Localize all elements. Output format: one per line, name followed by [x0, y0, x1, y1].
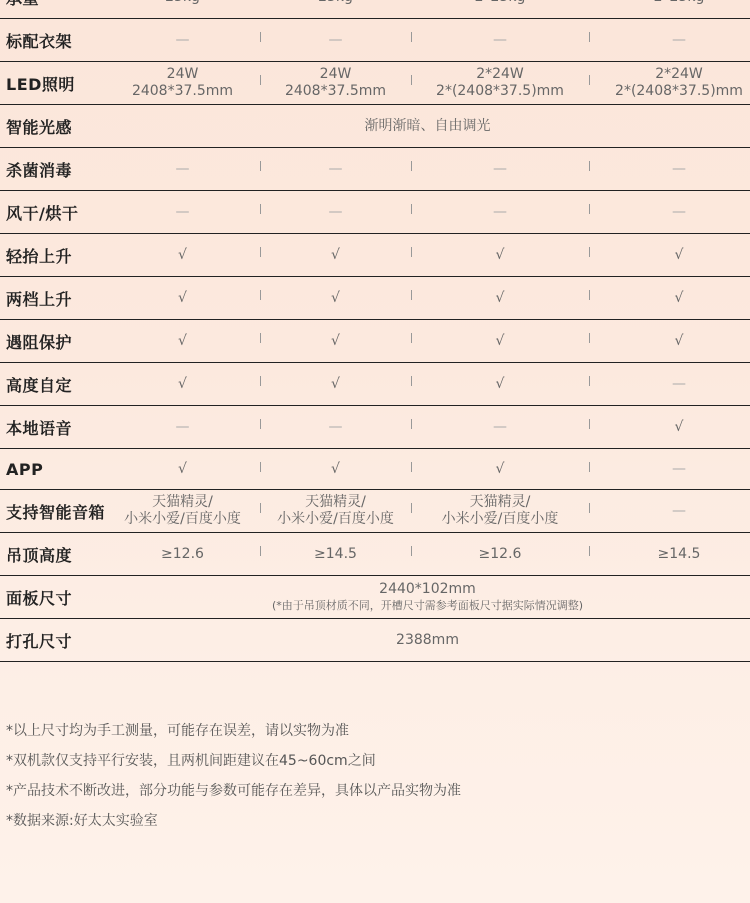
table-row: APP √ √ √ — — [0, 449, 750, 490]
row-label: APP — [6, 449, 43, 489]
table-row: 智能光感 渐明渐暗、自由调光 — [0, 105, 750, 148]
check-icon: √ — [411, 363, 589, 405]
cell-value: 2*24W 2*(2408*37.5)mm — [411, 62, 589, 104]
cell-value: 2*25kg — [589, 0, 750, 18]
row-label: 打孔尺寸 — [6, 619, 72, 661]
dash-icon: — — [589, 490, 750, 532]
footnotes: *以上尺寸均为手工测量，可能存在误差，请以实物为准 *双机款仅支持平行安装，且两… — [6, 718, 461, 838]
dash-icon: — — [589, 148, 750, 190]
cell-line: 2*(2408*37.5)mm — [436, 83, 564, 100]
check-icon: √ — [105, 277, 260, 319]
dash-icon: — — [105, 191, 260, 233]
dash-icon: — — [260, 148, 411, 190]
table-row: 两档上升 √ √ √ √ — [0, 277, 750, 320]
check-icon: √ — [105, 363, 260, 405]
table-row: 轻抬上升 √ √ √ √ — [0, 234, 750, 277]
cell-value: ≥14.5 — [589, 533, 750, 575]
cell-line: 2408*37.5mm — [285, 83, 386, 100]
cell-value: 天猫精灵/ 小米小爱/百度小度 — [260, 490, 411, 532]
footnote: *产品技术不断改进，部分功能与参数可能存在差异，具体以产品实物为准 — [6, 778, 461, 808]
cell-value: ≥12.6 — [105, 533, 260, 575]
row-label: 高度自定 — [6, 363, 72, 405]
dash-icon: — — [411, 191, 589, 233]
table-row: 遇阻保护 √ √ √ √ — [0, 320, 750, 363]
cell-value: 25kg — [260, 0, 411, 18]
cell-value: ≥12.6 — [411, 533, 589, 575]
panel-size-value: 2440*102mm — [379, 581, 476, 598]
dash-icon: — — [589, 19, 750, 61]
row-label: 标配衣架 — [6, 19, 72, 61]
cell-value: 2*24W 2*(2408*37.5)mm — [589, 62, 750, 104]
cell-value: ≥14.5 — [260, 533, 411, 575]
row-label: 遇阻保护 — [6, 320, 72, 362]
check-icon: √ — [105, 449, 260, 489]
row-label: 面板尺寸 — [6, 576, 72, 618]
cell-value: 24W 2408*37.5mm — [105, 62, 260, 104]
row-label: 智能光感 — [6, 105, 72, 147]
table-row: 打孔尺寸 2388mm — [0, 619, 750, 662]
cell-line: 小米小爱/百度小度 — [442, 511, 559, 528]
table-row: 杀菌消毒 — — — — — [0, 148, 750, 191]
cell-value: 天猫精灵/ 小米小爱/百度小度 — [411, 490, 589, 532]
dash-icon: — — [411, 19, 589, 61]
check-icon: √ — [411, 320, 589, 362]
table-row: 吊顶高度 ≥12.6 ≥14.5 ≥12.6 ≥14.5 — [0, 533, 750, 576]
row-label: 本地语音 — [6, 406, 72, 448]
check-icon: √ — [260, 363, 411, 405]
check-icon: √ — [260, 277, 411, 319]
cell-line: 2*24W — [655, 66, 703, 83]
table-row: 标配衣架 — — — — — [0, 19, 750, 62]
row-label: 两档上升 — [6, 277, 72, 319]
footnote: *数据来源:好太太实验室 — [6, 808, 461, 838]
dash-icon: — — [105, 406, 260, 448]
cell-line: 天猫精灵/ — [305, 494, 366, 511]
cell-line: 天猫精灵/ — [152, 494, 213, 511]
spanning-cell: 2440*102mm (*由于吊顶材质不同，开槽尺寸需参考面板尺寸据实际情况调整… — [105, 576, 750, 618]
check-icon: √ — [411, 234, 589, 276]
dash-icon: — — [589, 363, 750, 405]
check-icon: √ — [260, 449, 411, 489]
cell-line: 小米小爱/百度小度 — [124, 511, 241, 528]
spanning-cell: 2388mm — [105, 619, 750, 661]
cell-line: 天猫精灵/ — [470, 494, 531, 511]
check-icon: √ — [411, 277, 589, 319]
check-icon: √ — [260, 320, 411, 362]
cell-value: 2*25kg — [411, 0, 589, 18]
row-label: 杀菌消毒 — [6, 148, 72, 190]
cell-line: 2408*37.5mm — [132, 83, 233, 100]
table-row: 高度自定 √ √ √ — — [0, 363, 750, 406]
spec-comparison-table: 承重 25kg 25kg 2*25kg 2*25kg 标配衣架 — — — — … — [0, 0, 750, 662]
dash-icon: — — [411, 148, 589, 190]
check-icon: √ — [260, 234, 411, 276]
cell-line: 24W — [320, 66, 352, 83]
panel-size-note: (*由于吊顶材质不同，开槽尺寸需参考面板尺寸据实际情况调整) — [272, 598, 583, 613]
table-row: 承重 25kg 25kg 2*25kg 2*25kg — [0, 0, 750, 19]
check-icon: √ — [589, 320, 750, 362]
dash-icon: — — [260, 191, 411, 233]
table-row: LED照明 24W 2408*37.5mm 24W 2408*37.5mm 2*… — [0, 62, 750, 105]
table-row: 风干/烘干 — — — — — [0, 191, 750, 234]
footnote: *以上尺寸均为手工测量，可能存在误差，请以实物为准 — [6, 718, 461, 748]
dash-icon: — — [411, 406, 589, 448]
cell-line: 小米小爱/百度小度 — [277, 511, 394, 528]
table-row: 面板尺寸 2440*102mm (*由于吊顶材质不同，开槽尺寸需参考面板尺寸据实… — [0, 576, 750, 619]
table-row: 本地语音 — — — √ — [0, 406, 750, 449]
cell-line: 24W — [167, 66, 199, 83]
row-label: 轻抬上升 — [6, 234, 72, 276]
check-icon: √ — [105, 320, 260, 362]
footnote: *双机款仅支持平行安装，且两机间距建议在45~60cm之间 — [6, 748, 461, 778]
dash-icon: — — [589, 191, 750, 233]
row-label: 支持智能音箱 — [6, 490, 105, 532]
row-label: 吊顶高度 — [6, 533, 72, 575]
dash-icon: — — [260, 19, 411, 61]
check-icon: √ — [589, 406, 750, 448]
row-label: 风干/烘干 — [6, 191, 78, 233]
row-label: 承重 — [6, 0, 39, 18]
dash-icon: — — [260, 406, 411, 448]
cell-value: 25kg — [105, 0, 260, 18]
spanning-cell: 渐明渐暗、自由调光 — [105, 105, 750, 147]
check-icon: √ — [105, 234, 260, 276]
row-label: LED照明 — [6, 62, 75, 104]
dash-icon: — — [589, 449, 750, 489]
check-icon: √ — [589, 277, 750, 319]
dash-icon: — — [105, 19, 260, 61]
check-icon: √ — [589, 234, 750, 276]
cell-line: 2*(2408*37.5)mm — [615, 83, 743, 100]
cell-line: 2*24W — [476, 66, 524, 83]
cell-value: 天猫精灵/ 小米小爱/百度小度 — [105, 490, 260, 532]
cell-value: 24W 2408*37.5mm — [260, 62, 411, 104]
table-row: 支持智能音箱 天猫精灵/ 小米小爱/百度小度 天猫精灵/ 小米小爱/百度小度 天… — [0, 490, 750, 533]
dash-icon: — — [105, 148, 260, 190]
check-icon: √ — [411, 449, 589, 489]
